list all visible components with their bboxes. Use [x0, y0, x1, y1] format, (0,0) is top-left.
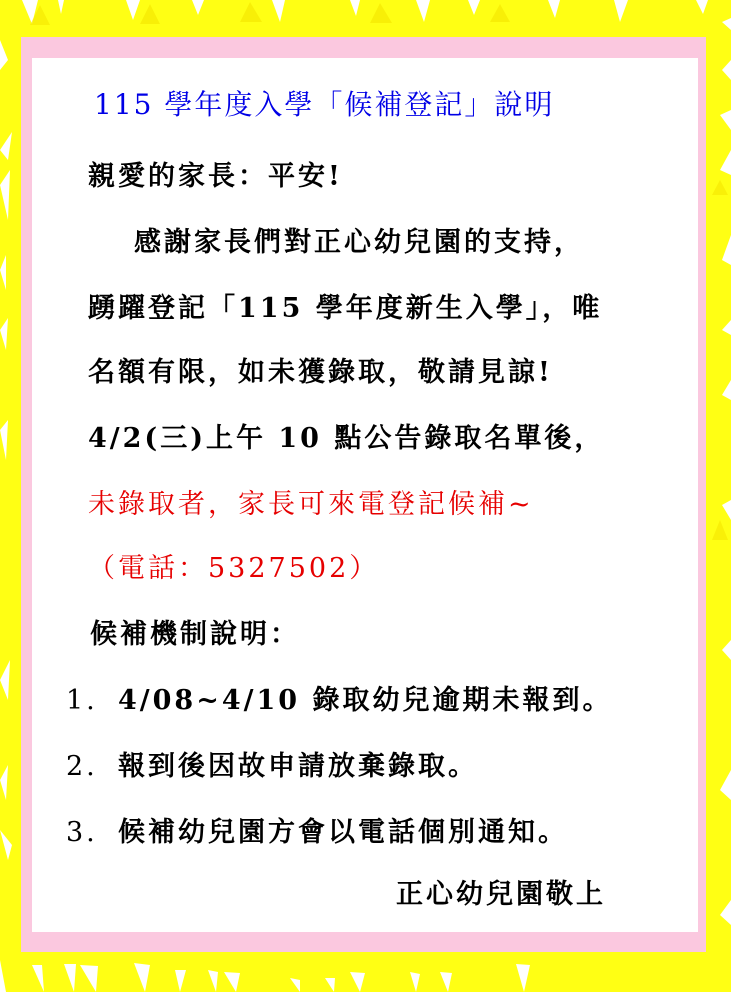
phone-number-line: （電話：5327502）: [88, 552, 379, 586]
list-text: 4/08~4/10 錄取幼兒逾期未報到。: [118, 684, 612, 718]
notice-paper: 115 學年度入學「候補登記」說明 親愛的家長：平安! 感謝家長們對正心幼兒園的…: [32, 58, 698, 932]
body-line-1: 感謝家長們對正心幼兒園的支持，: [104, 226, 584, 260]
body-line-3: 名額有限，如未獲錄取，敬請見諒!: [88, 356, 553, 390]
body-line-4: 4/2(三)上午 10 點公告錄取名單後，: [88, 422, 604, 456]
list-number: 3.: [66, 816, 118, 850]
notice-title: 115 學年度入學「候補登記」說明: [94, 88, 554, 122]
signature: 正心幼兒園敬上: [396, 878, 606, 912]
list-text: 候補幼兒園方會以電話個別通知。: [118, 816, 568, 850]
list-text: 報到後因故申請放棄錄取。: [118, 750, 478, 784]
mechanism-item-1: 1. 4/08~4/10 錄取幼兒逾期未報到。: [66, 684, 612, 718]
highlight-line-1: 未錄取者，家長可來電登記候補~: [88, 488, 534, 522]
mechanism-item-2: 2. 報到後因故申請放棄錄取。: [66, 750, 478, 784]
mechanism-heading: 候補機制說明：: [90, 618, 300, 652]
body-line-2: 踴躍登記「115 學年度新生入學」，唯: [88, 292, 602, 326]
greeting: 親愛的家長：平安!: [88, 160, 343, 194]
list-number: 1.: [66, 684, 118, 718]
mechanism-item-3: 3. 候補幼兒園方會以電話個別通知。: [66, 816, 568, 850]
list-number: 2.: [66, 750, 118, 784]
